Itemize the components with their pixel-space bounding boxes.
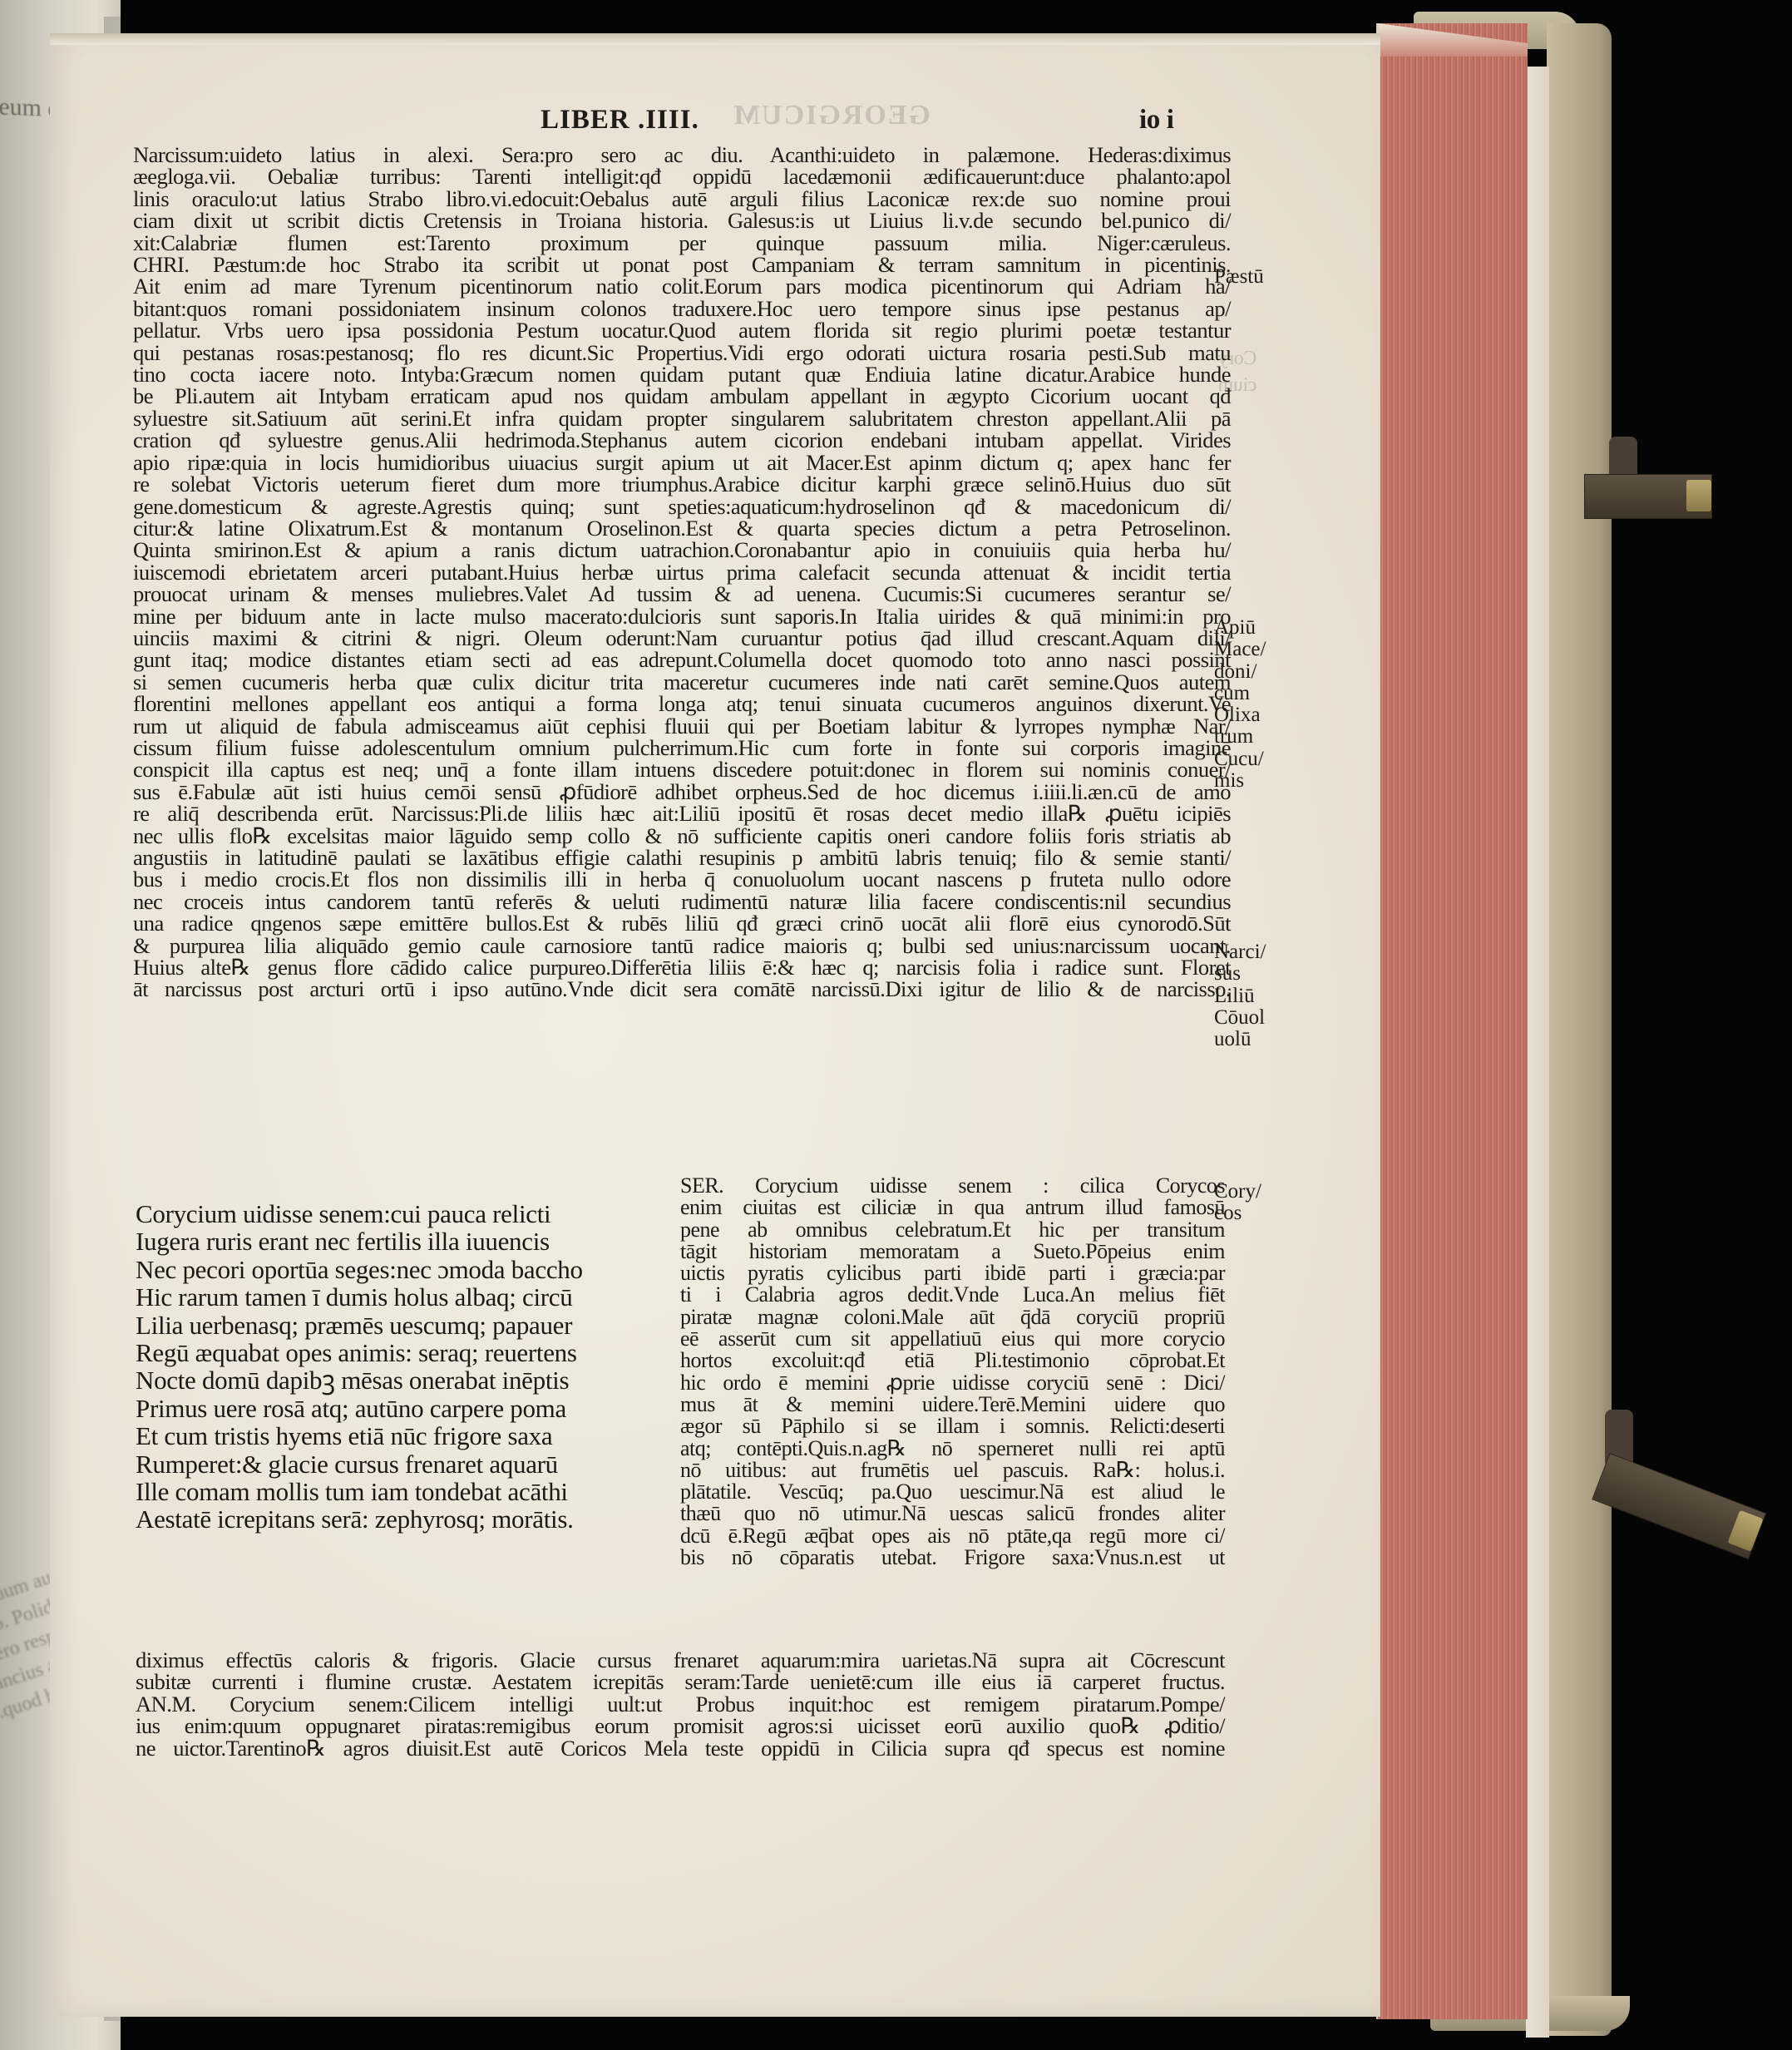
text-line: subitæ currenti i flumine crustæ. Aestat…	[136, 1671, 1225, 1692]
clasp-strap-lower	[1592, 1453, 1766, 1559]
text-line: thæū quo nō utimur.Nā uescas salicū fron…	[680, 1503, 1225, 1524]
text-line: Ait enim ad mare Tyrenum picentinorum na…	[133, 275, 1231, 297]
margin-note-line: mis	[1214, 770, 1266, 792]
margin-note-line: Cucu/	[1214, 748, 1266, 770]
text-line: syluestre sit.Satiuum aūt serini.Et infr…	[133, 408, 1231, 429]
text-line: be Pli.autem ait Intybam erraticam apud …	[133, 385, 1231, 407]
text-line: una radice qngenos sæpe emittēre bullos.…	[133, 912, 1231, 934]
verse-line: Iugera ruris erant nec fertilis illa iuu…	[136, 1228, 583, 1255]
text-line: iuiscemodi ebrietatem arceri putabant.Hu…	[133, 561, 1231, 583]
text-line: xit:Calabriæ flumen est:Tarento proximum…	[133, 232, 1231, 254]
text-line: Huius alte℞ genus flore cādido calice pu…	[133, 956, 1231, 978]
text-line: nec croceis intus candorem tantū referēs…	[133, 891, 1231, 912]
text-line: CHRI. Pæstum:de hoc Strabo ita scribit u…	[133, 254, 1231, 275]
text-line: bis nō cōparatis utebat. Frigore saxa:Vn…	[680, 1547, 1225, 1568]
text-line: AN.M. Corycium senem:Cilicem intelligi u…	[136, 1693, 1225, 1715]
text-line: re solebat Victoris ueterum fieret dum m…	[133, 473, 1231, 495]
text-line: ne uictor.Tarentino℞ agros diuisit.Est a…	[136, 1737, 1225, 1759]
margin-note-apium: ApiūMace/doni/cumOlixatrumCucu/mis	[1214, 617, 1266, 792]
margin-note-line: Pæstū	[1214, 266, 1264, 288]
text-line: piratæ magnæ coloni.Male aūt q̄dā coryci…	[680, 1307, 1225, 1328]
text-line: āt narcissus post arcturi ortū i ipso au…	[133, 978, 1231, 1000]
text-line: bus i medio crocis.Et flos non dissimili…	[133, 868, 1231, 890]
verse-line: Corycium uidisse senem:cui pauca relicti	[136, 1200, 583, 1228]
text-line: tāgit historiam memoratam a Sueto.Pōpeiu…	[680, 1241, 1225, 1262]
margin-note-line: Narci/	[1214, 941, 1266, 963]
brass-clasp-icon	[1728, 1510, 1764, 1552]
commentary-bottom: diximus effectūs caloris & frigoris. Gla…	[136, 1649, 1225, 1759]
text-line: re aliq̄ describenda erūt. Narcissus:Pli…	[133, 803, 1231, 824]
text-line: dcū ē.Regū æq̄bat opes ais nō ptāte,qa r…	[680, 1525, 1225, 1547]
servius-commentary: SER. Corycium uidisse senem : cilica Cor…	[680, 1175, 1225, 1568]
verse-line: Aestatē icrepitans serā: zephyrosq; morā…	[136, 1505, 583, 1533]
margin-note-corycos: Cory/cos	[1214, 1181, 1261, 1225]
text-line: eē asserūt cum sit appellatiuū eius qui …	[680, 1328, 1225, 1350]
text-line: pene ab omnibus celebratum.Et hic per tr…	[680, 1219, 1225, 1241]
text-line: citur:& latine Olixatrum.Est & montanum …	[133, 517, 1231, 539]
text-line: apio ripæ:quia in locis humidioribus uiu…	[133, 452, 1231, 473]
text-line: diximus effectūs caloris & frigoris. Gla…	[136, 1649, 1225, 1671]
text-line: ægor sū Pāphilo si se illam i somnis. Re…	[680, 1415, 1225, 1437]
text-line: uictis pyratis cylicibus parti ibidē par…	[680, 1262, 1225, 1284]
text-line: enim ciuitas est ciliciæ in qua antrum i…	[680, 1197, 1225, 1218]
text-line: gunt itaq; modice distantes etiam secti …	[133, 649, 1231, 670]
text-line: bitant:quos romani possidoniatem insinum…	[133, 298, 1231, 319]
verse-text: Corycium uidisse senem:cui pauca relicti…	[136, 1200, 583, 1534]
text-line: tino cocta iacere noto. Intyba:Græcum no…	[133, 363, 1231, 385]
margin-note-line: Liliū	[1214, 985, 1266, 1007]
margin-note-line: doni/	[1214, 661, 1266, 683]
text-line: ciam dixit ut scribit dictis Cretensis i…	[133, 210, 1231, 231]
margin-note-line: Olixa	[1214, 704, 1266, 726]
text-line: nec ullis flo℞ excelsitas maior lāguido …	[133, 825, 1231, 847]
margin-note-line: Cōuol	[1214, 1007, 1266, 1029]
text-line: qui pestanas rosas:pestanosq; flo res di…	[133, 342, 1231, 363]
text-line: sus ē.Fabulæ aūt isti huius cemōi sensū …	[133, 781, 1231, 803]
text-line: & purpurea lilia aliquādo gemio caule ca…	[133, 935, 1231, 956]
bleed-through-heading: GEORGICUM	[732, 100, 931, 131]
verse-line: Regū æquabat opes animis: seraq; reuerte…	[136, 1339, 583, 1366]
text-line: florentini mellones appellant eos antiqu…	[133, 693, 1231, 714]
text-line: cissum filium fuisse adolescentulum omni…	[133, 737, 1231, 758]
red-fore-edge	[1376, 23, 1528, 2019]
text-line: pellatur. Vrbs uero ipsa possidonia Pest…	[133, 319, 1231, 341]
verse-line: Primus uere rosā atq; autūno carpere pom…	[136, 1395, 583, 1422]
margin-note-line: sus	[1214, 963, 1266, 985]
brass-clasp-icon	[1686, 480, 1711, 511]
text-line: si semen cucumeris herba quæ culix dicit…	[133, 671, 1231, 693]
text-line: mus āt & memini uidere.Terē.Memini uider…	[680, 1394, 1225, 1415]
text-line: nō uitibus: aut frumētis uel pascuis. Ra…	[680, 1460, 1225, 1481]
margin-note-line: Apiū	[1214, 617, 1266, 639]
text-line: mine per biduum ante in lacte mulso mace…	[133, 605, 1231, 627]
verse-line: Rumperet:& glacie cursus frenaret aquarū	[136, 1450, 583, 1478]
verse-line: Nocte domū dapibꝫ mēsas onerabat inēptis	[136, 1366, 583, 1394]
verse-line: Et cum tristis hyems etiā nūc frigore sa…	[136, 1422, 583, 1450]
commentary-top: Narcissum:uideto latius in alexi. Sera:p…	[133, 144, 1231, 1000]
endpaper-edge	[1526, 67, 1549, 2038]
text-line: Narcissum:uideto latius in alexi. Sera:p…	[133, 144, 1231, 165]
margin-note-line: Mace/	[1214, 639, 1266, 660]
margin-note-line: trum	[1214, 726, 1266, 748]
text-line: hic ordo ē memini ꝓprie uidisse coryciū …	[680, 1372, 1225, 1394]
vellum-binding	[1547, 23, 1612, 2036]
verse-line: Hic rarum tamen ī dumis holus albaq; cir…	[136, 1283, 583, 1311]
text-line: Quinta smirinon.Est & apium a ranis dict…	[133, 539, 1231, 561]
margin-note-line: uolū	[1214, 1029, 1266, 1050]
text-line: angustiis in latitudinē paulati se laxāt…	[133, 847, 1231, 868]
text-line: ti i Calabria agros dedit.Vnde Luca.An m…	[680, 1284, 1225, 1306]
text-line: gene.domesticum & agreste.Agrestis quinq…	[133, 496, 1231, 517]
text-line: æegloga.vii. Oebaliæ turribus: Tarenti i…	[133, 165, 1231, 187]
running-head: LIBER .IIII.	[541, 105, 699, 136]
verse-line: Ille comam mollis tum iam tondebat acāth…	[136, 1478, 583, 1505]
margin-note-line: cos	[1214, 1203, 1261, 1224]
margin-note-line: cum	[1214, 683, 1266, 704]
folio-number: io i	[1139, 105, 1174, 136]
text-line: ius enim:quum oppugnaret piratas:remigib…	[136, 1715, 1225, 1736]
margin-note-narcissus: Narci/susLiliūCōuoluolū	[1214, 941, 1266, 1050]
text-line: cration qđ syluestre genus.Alii hedrimod…	[133, 429, 1231, 451]
margin-note-paestum: Pæstū	[1214, 266, 1264, 288]
verse-line: Nec pecori oportūa seges:nec ɔmoda bacch…	[136, 1256, 583, 1283]
text-line: rum ut aliquid de fabula admisceamus aiū…	[133, 715, 1231, 737]
verse-line: Lilia uerbenasq; præmēs uescumq; papauer	[136, 1312, 583, 1339]
clasp-strap-upper	[1584, 474, 1712, 519]
text-line: atq; contēpti.Quis.n.ag℞ nō sperneret nu…	[680, 1438, 1225, 1460]
text-line: conspicit illa captus est neq; unq̄ a fo…	[133, 758, 1231, 780]
text-line: SER. Corycium uidisse senem : cilica Cor…	[680, 1175, 1225, 1197]
text-line: prouocat urinam & menses muliebres.Valet…	[133, 583, 1231, 605]
text-line: uinciis maximi & citrini & nigri. Oleum …	[133, 627, 1231, 649]
text-line: plātatile. Vescūq; pa.Quo uescimur.Nā es…	[680, 1481, 1225, 1503]
text-line: hortos excoluit:qđ etiā Pli.testimonio c…	[680, 1350, 1225, 1371]
text-line: linis oraculo:ut latius Strabo libro.vi.…	[133, 188, 1231, 210]
margin-note-line: Cory/	[1214, 1181, 1261, 1203]
